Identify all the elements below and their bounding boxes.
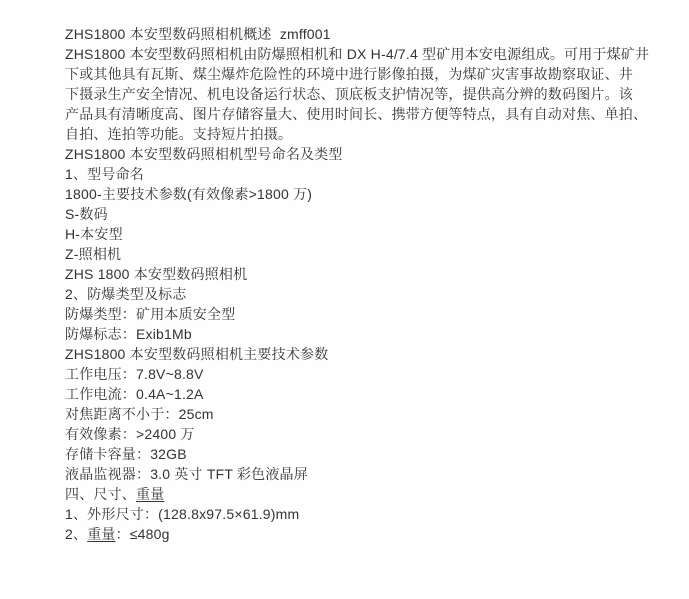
text-segment: 1800-主要技术参数(有效像素>1800 万) bbox=[65, 186, 312, 202]
text-segment: S-数码 bbox=[65, 206, 108, 222]
text-segment: H-本安型 bbox=[65, 226, 123, 242]
document-line: 1、型号命名 bbox=[65, 164, 649, 184]
document-line: 液晶监视器：3.0 英寸 TFT 彩色液晶屏 bbox=[65, 464, 649, 484]
document-line: 产品具有清晰度高、图片存储容量大、使用时间长、携带方便等特点，具有自动对焦、单拍… bbox=[65, 104, 649, 124]
text-segment: 有效像素：>2400 万 bbox=[65, 426, 195, 442]
text-segment: ZHS1800 本安型数码照相机型号命名及类型 bbox=[65, 146, 343, 162]
document-line: 2、重量：≤480g bbox=[65, 524, 649, 544]
document-line: 1、外形尺寸：(128.8x97.5×61.9)mm bbox=[65, 504, 649, 524]
document-line: ZHS1800 本安型数码照相机由防爆照相机和 DX H-4/7.4 型矿用本安… bbox=[65, 44, 649, 64]
document-line: 防爆类型：矿用本质安全型 bbox=[65, 304, 649, 324]
document-line: 存储卡容量：32GB bbox=[65, 444, 649, 464]
document-line: 自拍、连拍等功能。支持短片拍摄。 bbox=[65, 124, 649, 144]
text-segment: 工作电流：0.4A~1.2A bbox=[65, 386, 204, 402]
text-segment: 1、外形尺寸：(128.8x97.5×61.9)mm bbox=[65, 506, 299, 522]
text-segment: 产品具有清晰度高、图片存储容量大、使用时间长、携带方便等特点，具有自动对焦、单拍… bbox=[65, 106, 647, 122]
text-segment: 四、尺寸、 bbox=[65, 486, 136, 502]
document-line: ZHS1800 本安型数码照相机主要技术参数 bbox=[65, 344, 649, 364]
text-segment: 对焦距离不小于：25cm bbox=[65, 406, 214, 422]
document-line: ZHS 1800 本安型数码照相机 bbox=[65, 264, 649, 284]
document-line: ZHS1800 本安型数码照相机概述 zmff001 bbox=[65, 24, 649, 44]
document-line: 下摄录生产安全情况、机电设备运行状态、顶底板支护情况等，提供高分辨的数码图片。该 bbox=[65, 84, 649, 104]
text-segment: 下摄录生产安全情况、机电设备运行状态、顶底板支护情况等，提供高分辨的数码图片。该 bbox=[65, 86, 633, 102]
text-segment: 下或其他具有瓦斯、煤尘爆炸危险性的环境中进行影像拍摄，为煤矿灾害事故勘察取证、井 bbox=[65, 66, 633, 82]
underlined-text: 重量 bbox=[136, 486, 164, 502]
underlined-text: 重量 bbox=[87, 526, 115, 542]
text-segment: 1、型号命名 bbox=[65, 166, 144, 182]
text-segment: 防爆类型：矿用本质安全型 bbox=[65, 306, 235, 322]
document-line: 工作电流：0.4A~1.2A bbox=[65, 384, 649, 404]
text-segment: 2、防爆类型及标志 bbox=[65, 286, 187, 302]
document-line: 对焦距离不小于：25cm bbox=[65, 404, 649, 424]
text-segment: 液晶监视器：3.0 英寸 TFT 彩色液晶屏 bbox=[65, 466, 308, 482]
document-line: 2、防爆类型及标志 bbox=[65, 284, 649, 304]
text-segment: Z-照相机 bbox=[65, 246, 121, 262]
document-line: 防爆标志：Exib1Mb bbox=[65, 324, 649, 344]
document-text: ZHS1800 本安型数码照相机概述 zmff001ZHS1800 本安型数码照… bbox=[65, 24, 649, 544]
text-segment: ZHS 1800 本安型数码照相机 bbox=[65, 266, 247, 282]
text-segment: 自拍、连拍等功能。支持短片拍摄。 bbox=[65, 126, 292, 142]
page: { "page": { "background": "#fefefe", "te… bbox=[0, 0, 689, 599]
document-line: 下或其他具有瓦斯、煤尘爆炸危险性的环境中进行影像拍摄，为煤矿灾害事故勘察取证、井 bbox=[65, 64, 649, 84]
text-segment: ZHS1800 本安型数码照相机主要技术参数 bbox=[65, 346, 328, 362]
document-line: Z-照相机 bbox=[65, 244, 649, 264]
document-line: H-本安型 bbox=[65, 224, 649, 244]
text-segment: 防爆标志：Exib1Mb bbox=[65, 326, 192, 342]
text-segment: 工作电压：7.8V~8.8V bbox=[65, 366, 204, 382]
document-line: ZHS1800 本安型数码照相机型号命名及类型 bbox=[65, 144, 649, 164]
document-line: 1800-主要技术参数(有效像素>1800 万) bbox=[65, 184, 649, 204]
text-segment: ：≤480g bbox=[116, 526, 170, 542]
text-segment: 2、 bbox=[65, 526, 87, 542]
text-segment: 存储卡容量：32GB bbox=[65, 446, 187, 462]
document-line: 四、尺寸、重量 bbox=[65, 484, 649, 504]
document-line: 有效像素：>2400 万 bbox=[65, 424, 649, 444]
text-segment: ZHS1800 本安型数码照相机由防爆照相机和 DX H-4/7.4 型矿用本安… bbox=[65, 46, 649, 62]
document-line: S-数码 bbox=[65, 204, 649, 224]
document-line: 工作电压：7.8V~8.8V bbox=[65, 364, 649, 384]
text-segment: ZHS1800 本安型数码照相机概述 zmff001 bbox=[65, 26, 331, 42]
